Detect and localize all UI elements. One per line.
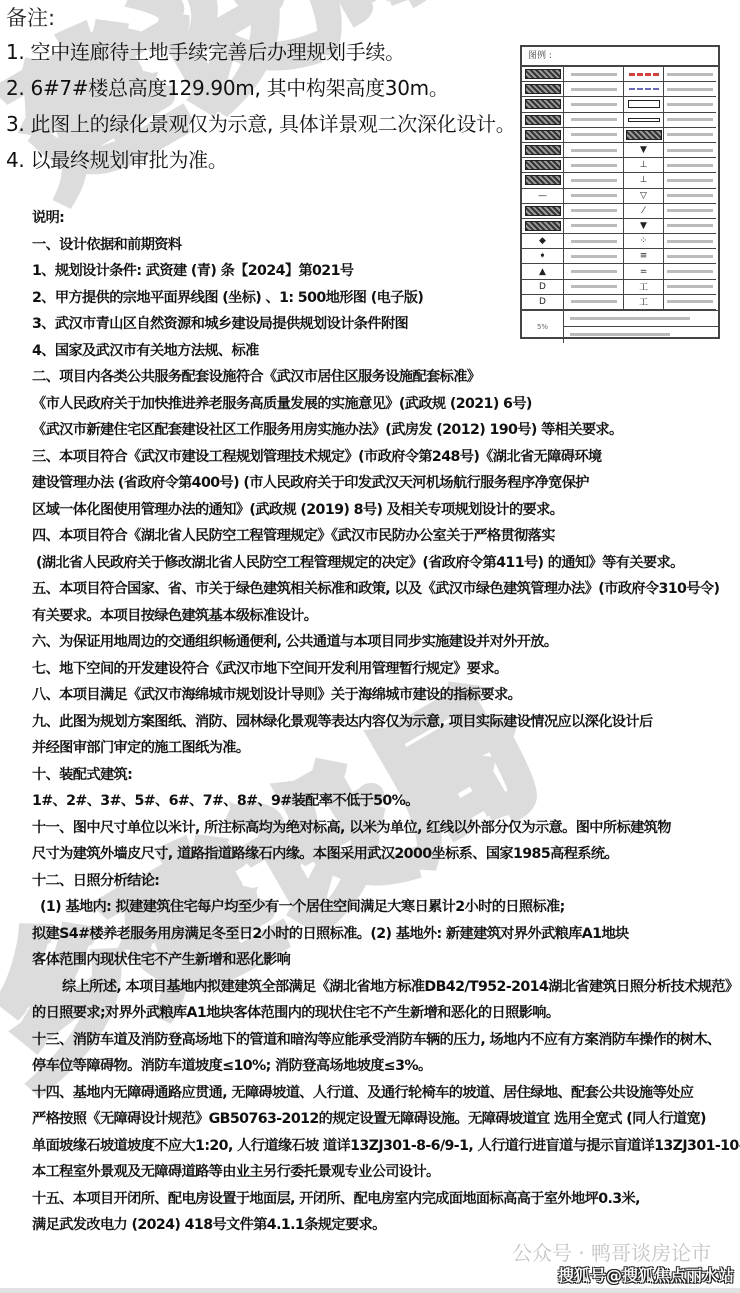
- note-item: 4. 以最终规划审批为准。: [6, 142, 515, 178]
- line-symbol-icon: —: [538, 191, 547, 201]
- description-line: (1) 基地内: 拟建建筑住宅每户均至少有一个居住空间满足大寒日累计2小时的日照…: [32, 894, 740, 921]
- description-line: 客体范围内现状住宅不产生新增和恶化影响: [32, 947, 740, 974]
- description-line: 十四、基地内无障碍通路应贯通, 无障碍坡道、人行道、及通行轮椅车的坡道、居住绿地…: [32, 1080, 740, 1107]
- description-line: 本工程室外景观及无障碍道路等由业主另行委托景观专业公司设计。: [32, 1159, 740, 1186]
- description-line: 区域一体化图使用管理办法的通知》(武政规 (2019) 8号) 及相关专项规划设…: [32, 497, 740, 524]
- description-line: 并经图审部门审定的施工图纸为准。: [32, 735, 740, 762]
- description-line: 的日照要求;对界外武粮库A1地块客体范围内的现状住宅不产生新增和恶化的日照影响。: [32, 1000, 740, 1027]
- tee-symbol-icon: ⊥: [640, 160, 648, 170]
- description-line: 十、装配式建筑:: [32, 762, 740, 789]
- description-line: 1、规划设计条件: 武资建 (青) 条【2024】第021号: [32, 258, 740, 285]
- description-title: 说明:: [32, 205, 740, 232]
- hatch-symbol-icon: [525, 160, 561, 170]
- description-line: 三、本项目符合《武汉市建设工程规划管理技术规定》(市政府令第248号)《湖北省无…: [32, 444, 740, 471]
- description-line: 严格按照《无障碍设计规范》GB50763-2012的规定设置无障碍设施。无障碍坡…: [32, 1106, 740, 1133]
- blue-dashed-line-icon: [629, 88, 659, 90]
- description-line: 十三、消防车道及消防登高场地下的管道和暗沟等应能承受消防车辆的压力, 场地内不应…: [32, 1027, 740, 1054]
- wechat-watermark: 公众号 · 鸭哥谈房论市: [512, 1237, 711, 1266]
- description-line: 四、本项目符合《湖北省人民防空工程管理规定》《武汉市民防办公室关于严格贯彻落实: [32, 523, 740, 550]
- description-line: 九、此图为规划方案图纸、消防、园林绿化景观等表达内容仅为示意, 项目实际建设情况…: [32, 709, 740, 736]
- sohu-watermark: 搜狐号@搜狐焦点丽水站: [558, 1263, 734, 1286]
- description-line: 单面坡缘石坡道坡度不应大1:20, 人行道缘石坡 道详13ZJ301-8-6/9…: [32, 1133, 740, 1160]
- description-line: 3、武汉市青山区自然资源和城乡建设局提供规划设计条件附图: [32, 311, 740, 338]
- note-item: 2. 6#7#楼总高度129.90m, 其中构架高度30m。: [6, 70, 515, 106]
- hatch-symbol-icon: [525, 69, 561, 79]
- triangle-down-icon: ▼: [640, 145, 647, 155]
- description-line: 有关要求。本项目按绿色建筑基本级标准设计。: [32, 603, 740, 630]
- description-line: 八、本项目满足《武汉市海绵城市规划设计导则》关于海绵城市建设的指标要求。: [32, 682, 740, 709]
- hatch-symbol-icon: [525, 99, 561, 109]
- description-line: 二、项目内各类公共服务配套设施符合《武汉市居住区服务设施配套标准》: [32, 364, 740, 391]
- description-line: 七、地下空间的开发建设符合《武汉市地下空间开发利用管理暂行规定》要求。: [32, 656, 740, 683]
- notes-title: 备注:: [6, 2, 515, 34]
- notes-section: 备注: 1. 空中连廊待土地手续完善后办理规划手续。 2. 6#7#楼总高度12…: [6, 2, 515, 178]
- triangle-outline-icon: ▽: [640, 191, 647, 201]
- description-line: 《武汉市新建住宅区配套建设社区工作服务用房实施办法》(武房发 (2012) 19…: [32, 417, 740, 444]
- hatch-symbol-icon: [525, 145, 561, 155]
- description-section: 说明: 一、设计依据和前期资料 1、规划设计条件: 武资建 (青) 条【2024…: [32, 205, 740, 1239]
- hatch-symbol-icon: [525, 84, 561, 94]
- description-line: 五、本项目符合国家、省、市关于绿色建筑相关标准和政策, 以及《武汉市绿色建筑管理…: [32, 576, 740, 603]
- description-line: 《市人民政府关于加快推进养老服务高质量发展的实施意见》(武政规 (2021) 6…: [32, 391, 740, 418]
- red-dashed-line-icon: [629, 73, 659, 76]
- description-line: 综上所述, 本项目基地内拟建建筑全部满足《湖北省地方标准DB42/T952-20…: [32, 974, 740, 1001]
- description-line: 十二、日照分析结论:: [32, 868, 740, 895]
- description-line: 六、为保证用地周边的交通组织畅通便利, 公共通道与本项目同步实施建设并对外开放。: [32, 629, 740, 656]
- description-line: 一、设计依据和前期资料: [32, 232, 740, 259]
- note-item: 3. 此图上的绿化景观仅为示意, 具体详景观二次深化设计。: [6, 106, 515, 142]
- description-line: 尺寸为建筑外墙皮尺寸, 道路指道路缘石内缘。本图采用武汉2000坐标系、国家19…: [32, 841, 740, 868]
- hatch-symbol-icon: [525, 175, 561, 185]
- double-line-icon: [628, 118, 660, 122]
- description-line: 拟建S4#楼养老服务用房满足冬至日2小时的日照标准。(2) 基地外: 新建建筑对…: [32, 921, 740, 948]
- description-line: 1#、2#、3#、5#、6#、7#、8#、9#装配率不低于50%。: [32, 788, 740, 815]
- description-line: 满足武发改电力 (2024) 418号文件第4.1.1条规定要求。: [32, 1212, 740, 1239]
- tee-symbol-icon: ⊥: [640, 175, 648, 185]
- description-line: 十一、图中尺寸单位以米计, 所注标高均为绝对标高, 以米为单位, 红线以外部分仅…: [32, 815, 740, 842]
- bottom-edge: [0, 1288, 740, 1293]
- description-line: (湖北省人民政府关于修改湖北省人民防空工程管理规定的决定》(省政府令第411号)…: [32, 550, 740, 577]
- description-line: 建设管理办法 (省政府令第400号) (市人民政府关于印发武汉天河机场航行服务程…: [32, 470, 740, 497]
- hatch-symbol-icon: [525, 130, 561, 140]
- description-line: 2、甲方提供的宗地平面界线图 (坐标) 、1: 500地形图 (电子版): [32, 285, 740, 312]
- hatch-symbol-icon: [525, 115, 561, 125]
- box-symbol-icon: [628, 100, 660, 108]
- description-line: 停车位等障碍物。消防车道坡度≤10%; 消防登高场地坡度≤3%。: [32, 1053, 740, 1080]
- description-line: 4、国家及武汉市有关地方法规、标准: [32, 338, 740, 365]
- legend-title: 图例 :: [522, 47, 718, 67]
- hatch-symbol-icon: [626, 130, 662, 140]
- note-item: 1. 空中连廊待土地手续完善后办理规划手续。: [6, 34, 515, 70]
- description-line: 十五、本项目开闭所、配电房设置于地面层, 开闭所、配电房室内完成面地面标高高于室…: [32, 1186, 740, 1213]
